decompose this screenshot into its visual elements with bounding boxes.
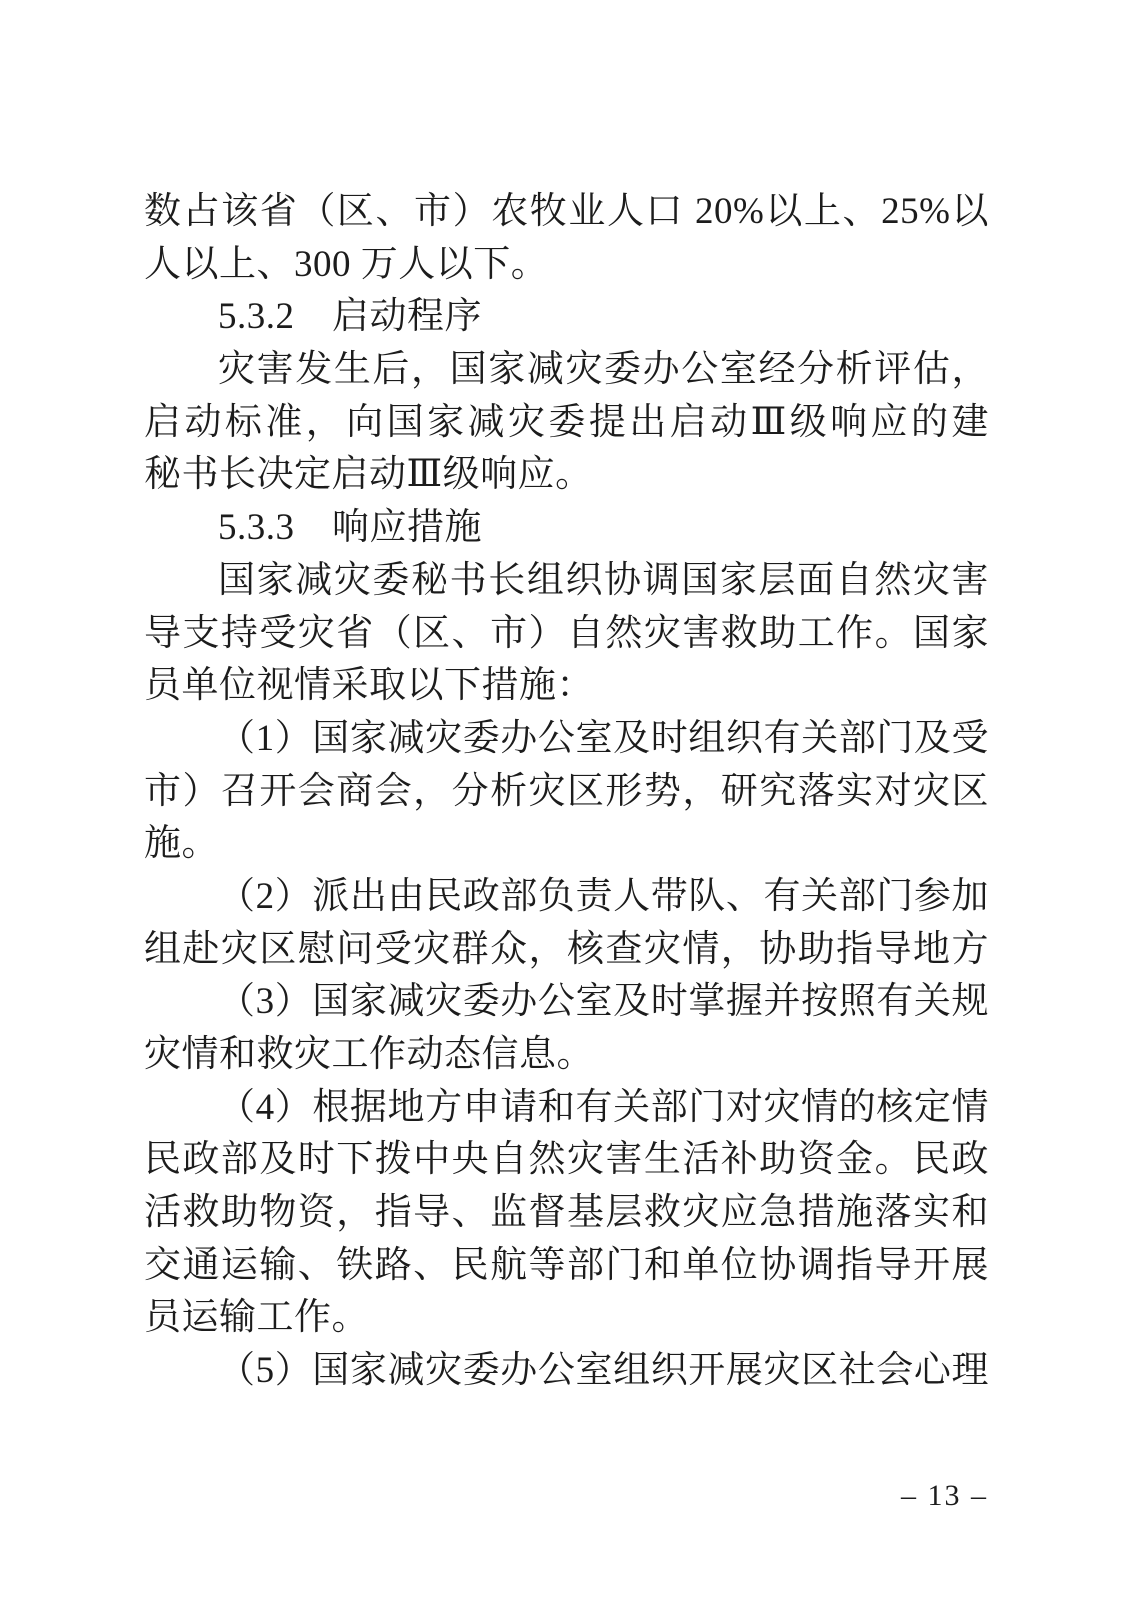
text-line: 员运输工作。: [144, 1292, 989, 1345]
text-line: （1）国家减灾委办公室及时组织有关部门及受灾省（区、: [144, 713, 989, 766]
text-line: 秘书长决定启动Ⅲ级响应。: [144, 449, 989, 502]
section-heading: 5.3.2 启动程序: [144, 291, 989, 344]
text-line: 灾情和救灾工作动态信息。: [144, 1029, 989, 1082]
document-page: 数占该省（区、市）农牧业人口 20%以上、25%以下，或 200 万人以上、30…: [0, 0, 1131, 1600]
text-line: 启动标准，向国家减灾委提出启动Ⅲ级响应的建议；国家减灾委: [144, 397, 989, 450]
text-line: （5）国家减灾委办公室组织开展灾区社会心理影响评估，: [144, 1345, 989, 1398]
text-line: 员单位视情采取以下措施：: [144, 660, 989, 713]
text-line: （4）根据地方申请和有关部门对灾情的核定情况，财政部、: [144, 1082, 989, 1135]
page-number: – 13 –: [901, 1476, 988, 1516]
text-line: （3）国家减灾委办公室及时掌握并按照有关规定统一发布: [144, 976, 989, 1029]
text-line: 灾害发生后，国家减灾委办公室经分析评估，认定灾情达到: [144, 344, 989, 397]
text-line: 施。: [144, 818, 989, 871]
text-line: 人以上、300 万人以下。: [144, 239, 989, 292]
text-line: 民政部及时下拨中央自然灾害生活补助资金。民政部紧急调拨生: [144, 1134, 989, 1187]
text-line: 交通运输、铁路、民航等部门和单位协调指导开展救灾物资、人: [144, 1240, 989, 1293]
section-heading: 5.3.3 响应措施: [144, 502, 989, 555]
text-line: 活救助物资，指导、监督基层救灾应急措施落实和救灾款物发放；: [144, 1187, 989, 1240]
text-line: 导支持受灾省（区、市）自然灾害救助工作。国家减灾委及其成: [144, 608, 989, 661]
text-line: 国家减灾委秘书长组织协调国家层面自然灾害救助工作，指: [144, 555, 989, 608]
text-line: 组赴灾区慰问受灾群众，核查灾情，协助指导地方开展救灾工作。: [144, 924, 989, 977]
text-line: 市）召开会商会，分析灾区形势，研究落实对灾区的救灾支持措: [144, 766, 989, 819]
document-body: 数占该省（区、市）农牧业人口 20%以上、25%以下，或 200 万人以上、30…: [144, 186, 989, 1398]
text-line: （2）派出由民政部负责人带队、有关部门参加的联合工作: [144, 871, 989, 924]
text-line: 数占该省（区、市）农牧业人口 20%以上、25%以下，或 200 万: [144, 186, 989, 239]
